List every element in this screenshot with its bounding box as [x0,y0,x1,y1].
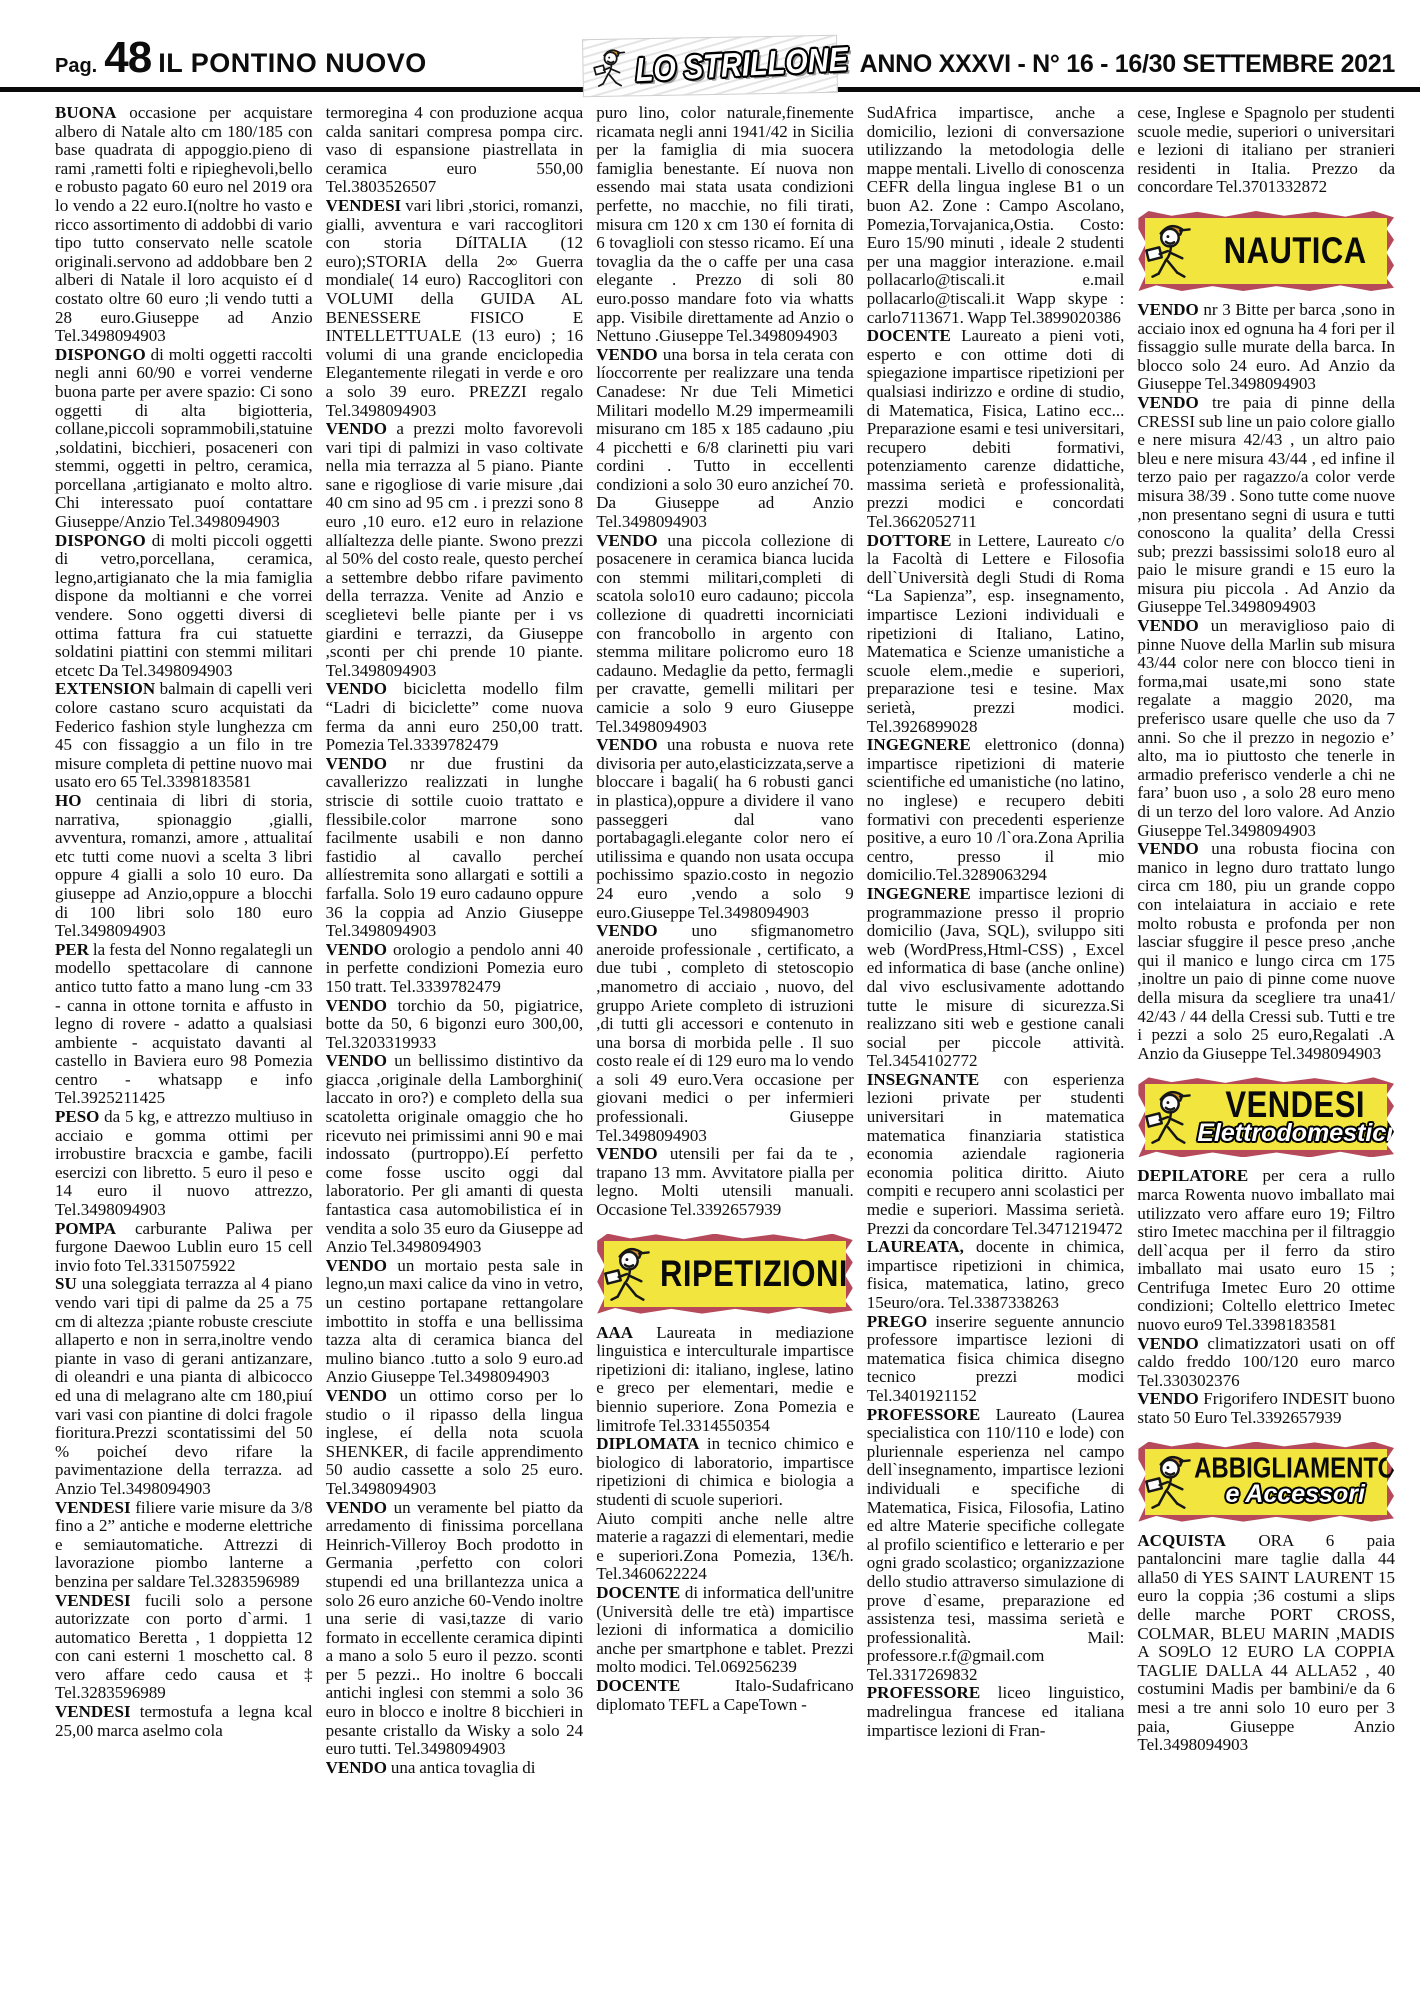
classified-ad: VENDO a prezzi molto favorevoli vari tip… [326,420,584,680]
ad-lead-word: BUONA [55,104,116,122]
ad-lead-word: VENDO [326,754,387,773]
classified-ad-continuation: SudAfrica impartisce, anche a domicilio,… [867,104,1125,327]
ad-lead-word: VENDO [326,1758,387,1777]
section-banner-ripetizioni: RIPETIZIONI [597,1234,853,1314]
ad-lead-word: EXTENSION [55,679,155,698]
newsboy-icon [1140,1080,1202,1154]
ad-lead-word: DOCENTE [596,1583,680,1602]
classified-ad: VENDO orologio a pendolo anni 40 in perf… [326,941,584,997]
classifieds-columns: BUONA occasione per acquistare albero di… [55,104,1395,1988]
classified-ad: VENDO una robusta e nuova rete divisoria… [596,736,854,922]
classified-ad: INSEGNANTE con esperienza lezioni privat… [867,1071,1125,1238]
ad-lead-word: VENDO [1137,616,1198,635]
classified-ad: VENDO una antica tovaglia di [326,1759,584,1778]
classified-ad: DOCENTE Italo-Sudafricano diplomato TEFL… [596,1677,854,1714]
column-3: puro lino, color naturale,finemente rica… [596,104,854,1988]
ad-lead-word: VENDO [596,735,657,754]
ad-lead-word: VENDO [326,1051,387,1070]
classified-ad: INGEGNERE elettronico (donna) impartisce… [867,736,1125,885]
ad-lead-word: VENDO [326,1498,387,1517]
ad-lead-word: INGEGNERE [867,735,971,754]
classified-ad: VENDO un meraviglioso paio di pinne Nuov… [1137,617,1395,840]
masthead-logo-text: LO STRILLONE [635,41,849,90]
classified-ad: VENDO un bellissimo distintivo da giacca… [326,1052,584,1257]
ad-lead-word: VENDO [1137,393,1198,412]
ad-lead-word: PREGO [867,1312,927,1331]
classified-ad: DISPONGO di molti oggetti raccolti negli… [55,346,313,532]
newsboy-icon [1140,214,1202,288]
classified-ad: POMPA carburante Paliwa per furgone Daew… [55,1220,313,1276]
ad-lead-word: PESO [55,1107,99,1126]
classified-ad: VENDO bicicletta modello film “Ladri di … [326,680,584,754]
ad-lead-word: VENDO [1137,1389,1198,1408]
classified-ad: VENDO una piccola collezione di posacene… [596,532,854,737]
classified-ad: DEPILATORE per cera a rullo marca Rowent… [1137,1167,1395,1334]
newsboy-icon [599,1237,661,1311]
column-4: SudAfrica impartisce, anche a domicilio,… [867,104,1125,1988]
classified-ad: VENDESI filiere varie misure da 3/8 fino… [55,1499,313,1592]
section-banner-vendesi-elettrodomestici: VENDESIElettrodomestici [1138,1077,1394,1157]
classified-ad: INGEGNERE impartisce lezioni di programm… [867,885,1125,1071]
ad-lead-word: VENDESI [55,1702,131,1721]
ad-lead-word: SU [55,1274,77,1293]
classified-ad: SU una soleggiata terrazza al 4 piano ve… [55,1275,313,1498]
classified-ad: EXTENSION balmain di capelli veri colore… [55,680,313,792]
classified-ad: BUONA occasione per acquistare albero di… [55,104,313,346]
classified-ad: VENDO un veramente bel piatto da arredam… [326,1499,584,1759]
ad-lead-word: VENDO [326,1386,387,1405]
ad-lead-word: INGEGNERE [867,884,971,903]
classified-ad: VENDESI vari libri ,storici, romanzi, gi… [326,197,584,420]
classified-ad: VENDO climatizzatori usati on off caldo … [1137,1335,1395,1391]
column-1: BUONA occasione per acquistare albero di… [55,104,313,1988]
classified-ad: ACQUISTA ORA 6 paia pantaloncini mare ta… [1137,1532,1395,1755]
masthead-logo: LO STRILLONE [582,35,838,97]
ad-lead-word: POMPA [55,1219,116,1238]
classified-ad: LAUREATA, docente in chimica, impartisce… [867,1238,1125,1312]
page-number: 48 [104,40,151,75]
ad-lead-word: VENDO [1137,300,1198,319]
ad-lead-word: VENDO [326,419,387,438]
column-2: termoregina 4 con produzione acqua calda… [326,104,584,1988]
ad-lead-word: DIPLOMATA [596,1434,699,1453]
classified-ad: VENDO un ottimo corso per lo studio o il… [326,1387,584,1499]
ad-lead-word: VENDO [596,531,657,550]
classified-ad: DOTTORE in Lettere, Laureato c/o la Faco… [867,532,1125,737]
section-banner-nautica: NAUTICA [1138,211,1394,291]
page-label: Pag. [55,55,97,78]
classified-ad: VENDO una borsa in tela cerata con líocc… [596,346,854,532]
classified-ad: VENDO una robusta fiocina con manico in … [1137,840,1395,1063]
classified-ad-continuation: termoregina 4 con produzione acqua calda… [326,104,584,197]
section-title: ABBIGLIAMENTO [1194,1454,1395,1483]
newsboy-icon [1140,1445,1202,1519]
ad-lead-word: AAA [596,1323,633,1342]
ad-lead-word: VENDO [326,679,387,698]
column-5: cese, Inglese e Spagnolo per studenti sc… [1137,104,1395,1988]
classified-ad: VENDESI termostufa a legna kcal 25,00 ma… [55,1703,313,1740]
section-title: VENDESI [1225,1086,1365,1123]
ad-lead-word: VENDESI [55,1591,131,1610]
ad-lead-word: PROFESSORE [867,1683,980,1702]
section-title: NAUTICA [1224,232,1367,269]
classified-ad: PROFESSORE Laureato (Laurea specialistic… [867,1406,1125,1685]
classified-ad: PREGO inserire seguente annuncio profess… [867,1313,1125,1406]
ad-lead-word: VENDO [596,1144,657,1163]
classified-ad: VENDO Frigorifero INDESIT buono stato 50… [1137,1390,1395,1427]
ad-lead-word: DISPONGO [55,531,146,550]
banner-text: VENDESIElettrodomestici [1202,1077,1388,1157]
classified-ad: DOCENTE di informatica dell'unitre (Univ… [596,1584,854,1677]
ad-lead-word: ACQUISTA [1137,1531,1225,1550]
classified-ad: VENDO tre paia di pinne della CRESSI sub… [1137,394,1395,617]
ad-lead-word: VENDO [326,1256,387,1275]
classified-ad: VENDO torchio da 50, pigiatrice, botte d… [326,997,584,1053]
ad-lead-word: HO [55,791,81,810]
classified-ad: PROFESSORE liceo linguistico, madrelingu… [867,1684,1125,1740]
classified-ad-continuation: cese, Inglese e Spagnolo per studenti sc… [1137,104,1395,197]
classified-ad: AAA Laureata in mediazione linguistica e… [596,1324,854,1436]
classified-ad: VENDO nr 3 Bitte per barca ,sono in acci… [1137,301,1395,394]
ad-lead-word: DOCENTE [596,1676,680,1695]
ad-lead-word: DOTTORE [867,531,952,550]
banner-text: ABBIGLIAMENTOe Accessori [1202,1442,1388,1522]
classified-ad: VENDO nr due frustini da cavallerizzo re… [326,755,584,941]
classified-ad: VENDO uno sfigmanometro aneroide profess… [596,922,854,1145]
ad-lead-word: VENDO [1137,839,1198,858]
ad-lead-word: VENDO [326,996,387,1015]
masthead-title: IL PONTINO NUOVO [158,48,427,79]
classified-ad: PER la festa del Nonno regalategli un mo… [55,941,313,1108]
ad-lead-word: VENDO [326,940,387,959]
ad-lead-word: PROFESSORE [867,1405,980,1424]
classified-ad: DIPLOMATA in tecnico chimico e biologico… [596,1435,854,1509]
ad-lead-word: LAUREATA, [867,1237,964,1256]
page-number-group: Pag. 48 IL PONTINO NUOVO [55,40,427,79]
section-banner-abbigliamento-accessori: ABBIGLIAMENTOe Accessori [1138,1442,1394,1522]
ad-lead-word: PER [55,940,89,959]
classified-ad-continuation: puro lino, color naturale,finemente rica… [596,104,854,346]
classified-ad-continuation: Aiuto compiti anche nelle altre materie … [596,1510,854,1584]
newsboy-icon [589,41,634,94]
classified-ad: DOCENTE Laureato a pieni voti, esperto e… [867,327,1125,532]
page-header: Pag. 48 IL PONTINO NUOVO ANNO XXXVI - N°… [0,0,1420,92]
issue-info: ANNO XXXVI - N° 16 - 16/30 SETTEMBRE 202… [860,50,1395,79]
ad-lead-word: VENDO [596,345,657,364]
classified-ad: VENDO un mortaio pesta sale in legno,un … [326,1257,584,1387]
classified-ad: VENDESI fucili solo a persone autorizzat… [55,1592,313,1704]
ad-lead-word: INSEGNANTE [867,1070,979,1089]
classified-ad: HO centinaia di libri di storia, narrati… [55,792,313,941]
ad-lead-word: DOCENTE [867,326,951,345]
banner-text: RIPETIZIONI [661,1234,847,1314]
ad-lead-word: VENDO [1137,1334,1198,1353]
section-title: RIPETIZIONI [660,1255,848,1292]
ad-lead-word: DEPILATORE [1137,1166,1248,1185]
banner-text: NAUTICA [1202,211,1388,291]
classified-ad: PESO da 5 kg, e attrezzo multiuso in acc… [55,1108,313,1220]
classified-ad: DISPONGO di molti piccoli oggetti di vet… [55,532,313,681]
ad-lead-word: VENDESI [326,196,402,215]
ad-lead-word: DISPONGO [55,345,146,364]
ad-lead-word: VENDO [596,921,657,940]
classified-ad: VENDO utensili per fai da te , trapano 1… [596,1145,854,1219]
ad-lead-word: VENDESI [55,1498,131,1517]
